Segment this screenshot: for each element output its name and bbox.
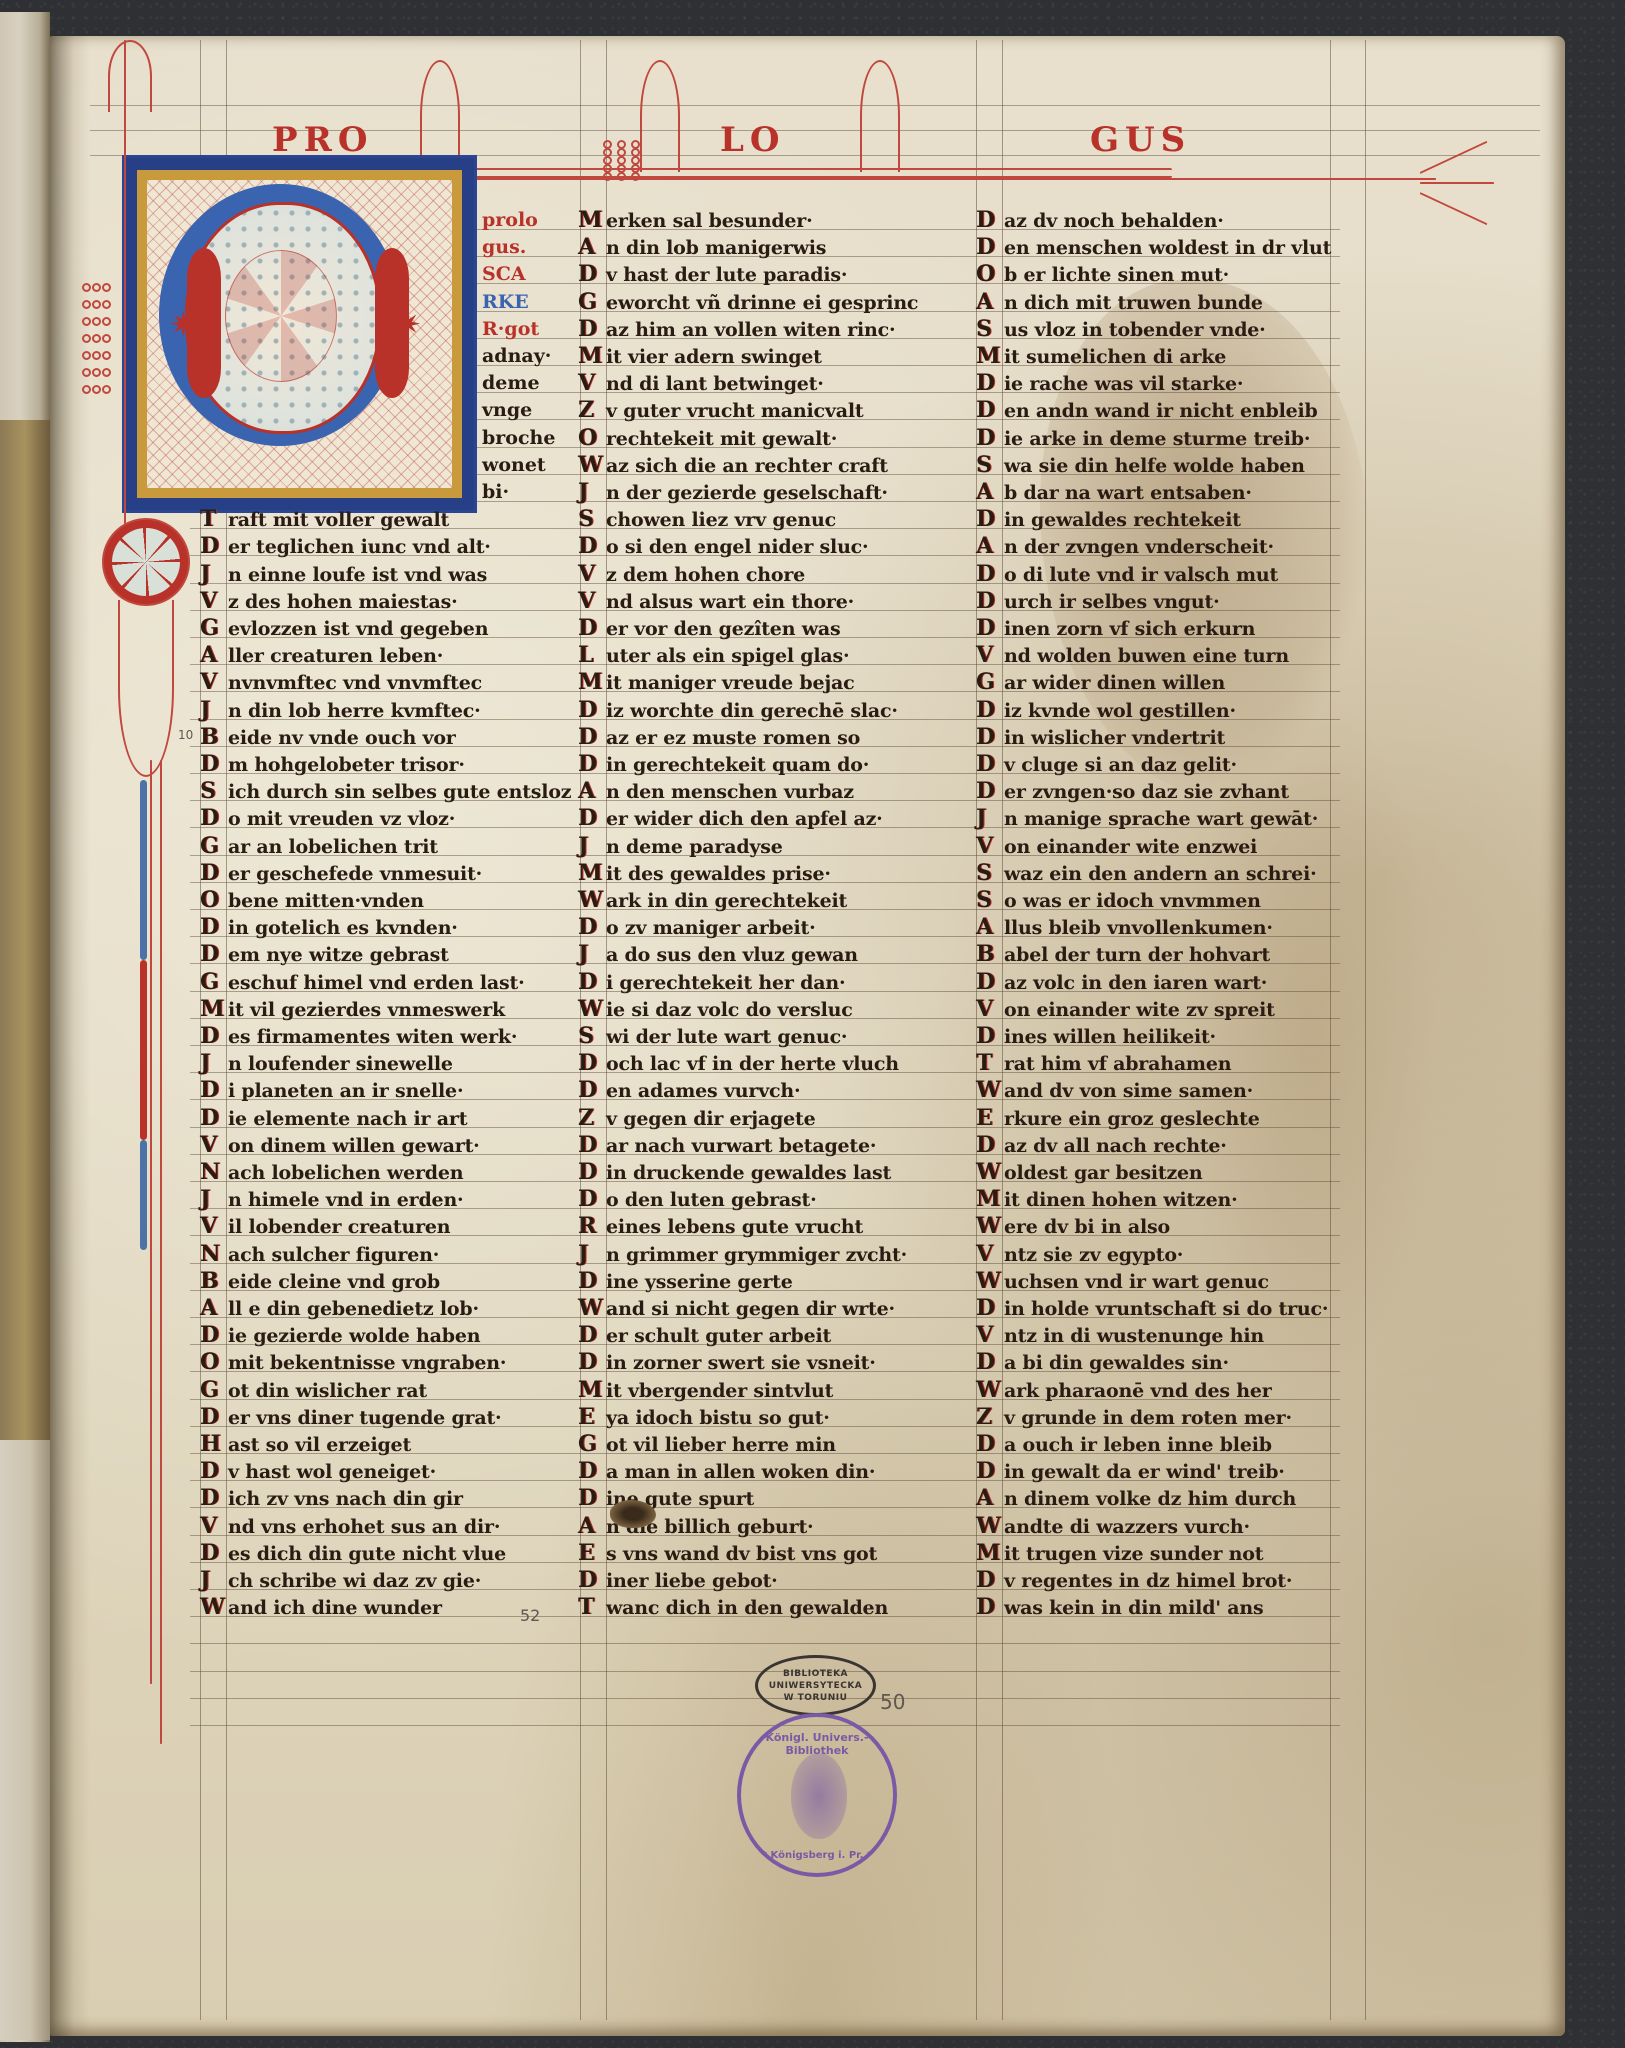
bead-ornament (82, 368, 91, 377)
verse-line: Omit bekentnisse vngraben· (200, 1349, 506, 1376)
verse-line: Din zorner swert sie vsneit· (578, 1349, 876, 1376)
verse-line: Gevlozzen ist vnd gegeben (200, 615, 488, 642)
verse-initial: D (976, 697, 998, 724)
verse-initial: J (200, 1050, 222, 1077)
verse-line: Woldest gar besitzen (976, 1159, 1203, 1186)
verse-text: o di lute vnd ir valsch mut (1004, 562, 1278, 589)
verse-line: Orechtekeit mit gewalt· (578, 425, 837, 452)
verse-line: Diner liebe gebot· (578, 1567, 778, 1594)
verse-line: Swi der lute wart genuc· (578, 1023, 847, 1050)
rubric-line: vnge (482, 397, 532, 424)
verse-text: uchsen vnd ir wart genuc (1004, 1269, 1269, 1296)
verse-line: Din gewaldes rechtekeit (976, 506, 1241, 533)
stamp-legend-bottom: * Königsberg i. Pr. * (741, 1850, 893, 1861)
verse-initial: D (976, 724, 998, 751)
bead-ornament (617, 172, 626, 181)
verse-text: ie arke in deme sturme treib· (1004, 426, 1310, 453)
verse-line: Da man in allen woken din· (578, 1458, 875, 1485)
verse-line: Diz worchte din gerechē slac· (578, 697, 898, 724)
verse-initial: V (200, 1513, 222, 1540)
verse-text: v gegen dir erjagete (606, 1106, 815, 1133)
verse-line: Vz des hohen maiestas· (200, 588, 458, 615)
verse-text: nd di lant betwinget· (606, 371, 824, 398)
verse-initial: D (976, 370, 998, 397)
star-icon: ✷ (169, 308, 198, 342)
verse-text: n den menschen vurbaz (606, 779, 854, 806)
verse-text: ach sulcher figuren· (228, 1242, 439, 1269)
verse-line: Swaz ein den andern an schrei· (976, 860, 1317, 887)
verse-line: Vil lobender creaturen (200, 1213, 450, 1240)
verse-initial: J (578, 479, 600, 506)
bead-ornament (82, 283, 91, 292)
verse-text: uter als ein spigel glas· (606, 643, 849, 670)
verse-line: Wand dv von sime samen· (976, 1077, 1253, 1104)
bead-ornament (631, 172, 640, 181)
verse-initial: V (976, 642, 998, 669)
verse-text: it vier adern swinget (606, 344, 822, 371)
verse-text: ya idoch bistu so gut· (606, 1405, 830, 1432)
verse-text: ch schribe wi daz zv gie· (228, 1568, 481, 1595)
verse-line: Jn deme paradyse (578, 833, 783, 860)
verse-text: evlozzen ist vnd gegeben (228, 616, 488, 643)
verse-line: Von einander wite zv spreit (976, 996, 1275, 1023)
verse-text: n der zvngen vnderscheit· (1004, 534, 1274, 561)
rubric-line: wonet (482, 452, 546, 479)
verse-text: nd wolden buwen eine turn (1004, 643, 1289, 670)
verse-initial: G (200, 833, 222, 860)
verse-line: Obene mitten·vnden (200, 887, 424, 914)
verse-text: eines lebens gute vrucht (606, 1214, 863, 1241)
verse-line: Reines lebens gute vrucht (578, 1213, 863, 1240)
verse-initial: D (200, 533, 222, 560)
verse-initial: W (578, 1295, 600, 1322)
verse-line: Da ouch ir leben inne bleib (976, 1431, 1272, 1458)
rubric-line: gus. (482, 234, 526, 261)
verse-initial: W (578, 996, 600, 1023)
initial-rosette (225, 250, 337, 382)
verse-text: a ouch ir leben inne bleib (1004, 1432, 1272, 1459)
verse-text: chowen liez vrv genuc (606, 507, 836, 534)
verse-initial: W (976, 1268, 998, 1295)
verse-text: in gerechtekeit quam do· (606, 752, 869, 779)
verse-initial: D (578, 1268, 600, 1295)
verse-line: Die gezierde wolde haben (200, 1322, 480, 1349)
verse-line: Din gotelich es kvnden· (200, 914, 458, 941)
verse-text: v regentes in dz himel brot· (1004, 1568, 1292, 1595)
verse-initial: A (976, 289, 998, 316)
verse-text: rechtekeit mit gewalt· (606, 426, 837, 453)
verse-text: n dinem volke dz him durch (1004, 1486, 1296, 1513)
verse-initial: G (578, 1431, 600, 1458)
verse-line: Dv cluge si an daz gelit· (976, 751, 1237, 778)
verse-line: Do mit vreuden vz vloz· (200, 805, 455, 832)
bead-ornament (102, 385, 111, 394)
bead-ornament (102, 351, 111, 360)
verse-initial: V (976, 1241, 998, 1268)
verse-line: Gar wider dinen willen (976, 669, 1225, 696)
verse-text: us vloz in tobender vnde· (1004, 317, 1266, 344)
verse-initial: J (200, 1186, 222, 1213)
verse-initial: R (578, 1213, 600, 1240)
verse-line: Dem nye witze gebrast (200, 941, 449, 968)
verse-line: Allus bleib vnvollenkumen· (976, 914, 1273, 941)
verse-initial: W (976, 1213, 998, 1240)
verse-text: och lac vf in der herte vluch (606, 1051, 899, 1078)
verse-text: b dar na wart entsaben· (1004, 480, 1252, 507)
verse-line: Wark pharaonē vnd des her (976, 1377, 1272, 1404)
verse-line: Vnd vns erhohet sus an dir· (200, 1513, 500, 1540)
verse-line: Wand si nicht gegen dir wrte· (578, 1295, 895, 1322)
verse-line: An der zvngen vnderscheit· (976, 533, 1274, 560)
verse-initial: T (578, 1594, 600, 1621)
verse-initial: S (976, 860, 998, 887)
bead-ornament (102, 334, 111, 343)
verse-initial: O (200, 887, 222, 914)
verse-text: abel der turn der hohvart (1004, 942, 1270, 969)
verse-text: ach lobelichen werden (228, 1160, 463, 1187)
verse-line: Din gewalt da er wind' treib· (976, 1458, 1285, 1485)
verse-initial: V (200, 669, 222, 696)
verse-line: Sich durch sin selbes gute entsloz (200, 778, 571, 805)
verse-text: o den luten gebrast· (606, 1187, 816, 1214)
verse-text: ast so vil erzeiget (228, 1432, 411, 1459)
verse-line: Dv regentes in dz himel brot· (976, 1567, 1292, 1594)
rubric-line: deme (482, 370, 540, 397)
verse-text: ar nach vurwart betagete· (606, 1133, 876, 1160)
verse-line: Sus vloz in tobender vnde· (976, 316, 1266, 343)
verse-text: wi der lute wart genuc· (606, 1024, 847, 1051)
verse-initial: A (976, 914, 998, 941)
verse-initial: J (200, 1567, 222, 1594)
verse-text: and dv von sime samen· (1004, 1078, 1253, 1105)
verse-initial: A (976, 533, 998, 560)
verse-initial: O (976, 261, 998, 288)
rubric-line: R·got (482, 316, 539, 343)
verse-text: on einander wite enzwei (1004, 834, 1257, 861)
flourish-spray (1420, 182, 1494, 184)
rubric-line: prolo (482, 207, 538, 234)
verse-text: er vns diner tugende grat· (228, 1405, 501, 1432)
verse-line: Vntz in di wustenunge hin (976, 1322, 1264, 1349)
heading-pro: PRO (272, 120, 373, 160)
verse-text: wa sie din helfe wolde haben (1004, 453, 1305, 480)
verse-line: Nach lobelichen werden (200, 1159, 463, 1186)
verse-text: m hohgelobeter trisor· (228, 752, 465, 779)
verse-text: ere dv bi in also (1004, 1214, 1170, 1241)
verse-text: es dich din gute nicht vlue (228, 1541, 506, 1568)
verse-initial: D (976, 1594, 998, 1621)
verse-line: Twanc dich in den gewalden (578, 1594, 888, 1621)
verse-line: Von dinem willen gewart· (200, 1132, 480, 1159)
verse-line: Vnd di lant betwinget· (578, 370, 824, 397)
verse-text: en menschen woldest in dr vlut (1004, 235, 1331, 262)
verse-line: Wuchsen vnd ir wart genuc (976, 1268, 1269, 1295)
bead-ornament (92, 385, 101, 394)
verse-line: Di planeten an ir snelle· (200, 1077, 463, 1104)
verse-text: nvnvmftec vnd vnvmftec (228, 670, 482, 697)
verse-initial: D (976, 1431, 998, 1458)
verse-line: Mit vier adern swinget (578, 343, 822, 370)
verse-line: Des dich din gute nicht vlue (200, 1540, 506, 1567)
verse-line: Dv hast der lute paradis· (578, 261, 847, 288)
verse-line: Aller creaturen leben· (200, 642, 443, 669)
bead-ornament (92, 334, 101, 343)
verse-line: Jn din lob herre kvmftec· (200, 697, 481, 724)
verse-initial: D (200, 941, 222, 968)
verse-line: Waz sich die an rechter craft (578, 452, 888, 479)
verse-initial: D (976, 1023, 998, 1050)
heading-gus: GUS (1090, 120, 1191, 160)
verse-text: rkure ein groz geslechte (1004, 1106, 1260, 1133)
verse-initial: V (200, 1213, 222, 1240)
verse-text: oldest gar besitzen (1004, 1160, 1203, 1187)
verse-line: Din gerechtekeit quam do· (578, 751, 869, 778)
border-stem-upper (124, 40, 126, 524)
verse-text: ller creaturen leben· (228, 643, 443, 670)
verse-initial: D (976, 969, 998, 996)
verse-text: iz worchte din gerechē slac· (606, 698, 898, 725)
verse-text: ie elemente nach ir art (228, 1106, 467, 1133)
verse-text: az er ez muste romen so (606, 725, 860, 752)
verse-text: az dv all nach rechte· (1004, 1133, 1227, 1160)
verse-initial: A (976, 479, 998, 506)
top-border-vine (472, 168, 1172, 178)
verse-line: Mit vbergender sintvlut (578, 1377, 833, 1404)
verse-line: Der geschefede vnmesuit· (200, 860, 482, 887)
verse-line: Der vns diner tugende grat· (200, 1404, 501, 1431)
pencil-margin-number: 10 (178, 728, 193, 742)
bead-ornament (82, 385, 91, 394)
verse-line: Ab dar na wart entsaben· (976, 479, 1252, 506)
verse-text: ines willen heilikeit· (1004, 1024, 1216, 1051)
border-rosette (102, 518, 190, 606)
verse-initial: D (578, 969, 600, 996)
verse-line: Die elemente nach ir art (200, 1105, 467, 1132)
verse-text: es firmamentes witen werk· (228, 1024, 517, 1051)
verse-text: was kein in din mild' ans (1004, 1595, 1264, 1622)
bead-ornament (102, 368, 111, 377)
rubric-line: RKE (482, 289, 529, 316)
verse-text: er schult guter arbeit (606, 1323, 831, 1350)
bead-ornament (82, 317, 91, 326)
bead-ornament (92, 368, 101, 377)
verse-line: Daz dv noch behalden· (976, 207, 1224, 234)
verse-initial: V (200, 588, 222, 615)
verse-initial: M (578, 860, 600, 887)
verse-line: Der vor den gezîten was (578, 615, 841, 642)
verse-initial: E (578, 1540, 600, 1567)
verse-line: Dine ysserine gerte (578, 1268, 793, 1295)
bead-ornament (92, 317, 101, 326)
verse-text: o si den engel nider sluc· (606, 534, 868, 561)
verse-initial: D (976, 234, 998, 261)
verse-initial: D (578, 1349, 600, 1376)
border-bar-red (140, 960, 147, 1140)
verse-text: er teglichen iunc vnd alt· (228, 534, 491, 561)
border-bar-blue (140, 780, 147, 960)
verse-initial: G (578, 289, 600, 316)
verse-text: o zv maniger arbeit· (606, 915, 815, 942)
verse-initial: G (200, 1377, 222, 1404)
verse-line: Vz dem hohen chore (578, 561, 805, 588)
ruling-line (190, 1643, 1340, 1644)
verse-initial: D (976, 1295, 998, 1322)
verse-text: eide nv vnde ouch vor (228, 725, 456, 752)
verse-text: in holde vruntschaft si do truc· (1004, 1296, 1328, 1323)
verse-initial: N (200, 1159, 222, 1186)
binding-flyleaf (0, 1440, 50, 2040)
verse-initial: D (200, 1540, 222, 1567)
verse-initial: W (976, 1159, 998, 1186)
verse-text: v hast wol geneiget· (228, 1459, 436, 1486)
verse-line: Do di lute vnd ir valsch mut (976, 561, 1278, 588)
verse-line: Dv hast wol geneiget· (200, 1458, 436, 1485)
rubric-line: SCA (482, 261, 526, 288)
verse-line: Vnd alsus wart ein thore· (578, 588, 854, 615)
verse-text: wanc dich in den gewalden (606, 1595, 888, 1622)
verse-text: in wislicher vndertrit (1004, 725, 1225, 752)
verse-text: b er lichte sinen mut· (1004, 262, 1229, 289)
border-stem (150, 760, 152, 1684)
verse-text: it maniger vreude bejac (606, 670, 855, 697)
verse-text: er zvngen·so daz sie zvhant (1004, 779, 1289, 806)
verse-line: Wie si daz volc do versluc (578, 996, 853, 1023)
verse-line: Die arke in deme sturme treib· (976, 425, 1310, 452)
verse-initial: D (976, 751, 998, 778)
verse-text: on einander wite zv spreit (1004, 997, 1275, 1024)
verse-text: it dinen hohen witzen· (1004, 1187, 1238, 1214)
verse-line: Jn himele vnd in erden· (200, 1186, 463, 1213)
border-pendant (118, 600, 174, 777)
verse-line: Daz dv all nach rechte· (976, 1132, 1227, 1159)
verse-initial: D (578, 1322, 600, 1349)
verse-initial: M (976, 1186, 998, 1213)
verse-initial: D (578, 914, 600, 941)
verse-initial: D (200, 751, 222, 778)
verse-text: n dich mit truwen bunde (1004, 290, 1263, 317)
verse-initial: M (200, 996, 222, 1023)
verse-initial: J (578, 941, 600, 968)
verse-text: n einne loufe ist vnd was (228, 562, 487, 589)
verse-line: An dich mit truwen bunde (976, 289, 1263, 316)
stamp-line: W TORUNIU (758, 1692, 873, 1704)
verse-line: Mit sumelichen di arke (976, 343, 1226, 370)
verse-initial: D (578, 1186, 600, 1213)
verse-text: in gotelich es kvnden· (228, 915, 458, 942)
eagle-icon (791, 1753, 847, 1839)
verse-line: Dines willen heilikeit· (976, 1023, 1216, 1050)
verse-line: Diz kvnde wol gestillen· (976, 697, 1236, 724)
verse-text: az him an vollen witen rinc· (606, 317, 895, 344)
verse-line: Dinen zorn vf sich erkurn (976, 615, 1255, 642)
verse-initial: J (578, 1241, 600, 1268)
verse-line: Jn der gezierde geselschaft· (578, 479, 888, 506)
verse-text: urch ir selbes vngut· (1004, 589, 1220, 616)
verse-text: ntz sie zv egypto· (1004, 1242, 1183, 1269)
verse-line: Geschuf himel vnd erden last· (200, 969, 525, 996)
verse-text: llus bleib vnvollenkumen· (1004, 915, 1273, 942)
verse-initial: D (578, 751, 600, 778)
verse-initial: D (578, 805, 600, 832)
verse-text: n din lob herre kvmftec· (228, 698, 481, 725)
verse-text: it trugen vize sunder not (1004, 1541, 1263, 1568)
ruling-line-vertical (1365, 40, 1366, 2020)
verse-text: en adames vurvch· (606, 1078, 800, 1105)
verse-initial: H (200, 1431, 222, 1458)
verse-text: it sumelichen di arke (1004, 344, 1226, 371)
verse-initial: S (976, 452, 998, 479)
verse-initial: T (200, 506, 222, 533)
rubric-line: adnay· (482, 343, 551, 370)
verse-line: Do zv maniger arbeit· (578, 914, 815, 941)
verse-initial: D (578, 615, 600, 642)
verse-line: Luter als ein spigel glas· (578, 642, 849, 669)
verse-text: v hast der lute paradis· (606, 262, 847, 289)
verse-initial: D (976, 778, 998, 805)
verse-text: n deme paradyse (606, 834, 783, 861)
verse-text: ark in din gerechtekeit (606, 888, 847, 915)
border-stem (160, 760, 162, 1744)
verse-initial: G (200, 615, 222, 642)
verse-text: ark pharaonē vnd des her (1004, 1378, 1272, 1405)
verse-text: il lobender creaturen (228, 1214, 450, 1241)
ruling-line-vertical (1330, 40, 1331, 2020)
verse-line: Do den luten gebrast· (578, 1186, 816, 1213)
verse-line: An din lob manigerwis (578, 234, 826, 261)
verse-line: Dwas kein in din mild' ans (976, 1594, 1264, 1621)
verse-line: Swa sie din helfe wolde haben (976, 452, 1305, 479)
verse-initial: D (200, 1023, 222, 1050)
bead-ornament (82, 300, 91, 309)
verse-text: er vor den gezîten was (606, 616, 841, 643)
verse-initial: V (200, 1132, 222, 1159)
verse-initial: V (578, 561, 600, 588)
verse-initial: J (200, 561, 222, 588)
verse-initial: E (976, 1105, 998, 1132)
verse-line: Di gerechtekeit her dan· (578, 969, 845, 996)
verse-text: in gewaldes rechtekeit (1004, 507, 1241, 534)
verse-line: An dinem volke dz him durch (976, 1485, 1296, 1512)
verse-text: ar wider dinen willen (1004, 670, 1225, 697)
flourish-curl (860, 60, 900, 172)
verse-line: Hast so vil erzeiget (200, 1431, 411, 1458)
verse-line: Dine gute spurt (578, 1485, 754, 1512)
verse-line: Doch lac vf in der herte vluch (578, 1050, 899, 1077)
verse-text: eworcht vñ drinne ei gesprinc (606, 290, 918, 317)
verse-line: Mit dinen hohen witzen· (976, 1186, 1238, 1213)
verse-initial: Z (578, 1105, 600, 1132)
verse-line: Es vns wand dv bist vns got (578, 1540, 877, 1567)
verse-initial: G (200, 969, 222, 996)
verse-line: Den andn wand ir nicht enbleib (976, 397, 1318, 424)
verse-text: erken sal besunder· (606, 208, 813, 235)
verse-line: Do si den engel nider sluc· (578, 533, 868, 560)
verse-line: Merken sal besunder· (578, 207, 813, 234)
verse-line: Zv guter vrucht manicvalt (578, 397, 863, 424)
verse-initial: D (578, 1485, 600, 1512)
verse-line: Dm hohgelobeter trisor· (200, 751, 465, 778)
stamp-line: UNIWERSYTECKA (758, 1680, 873, 1692)
verse-initial: D (578, 533, 600, 560)
verse-text: in gewalt da er wind' treib· (1004, 1459, 1285, 1486)
verse-initial: S (976, 316, 998, 343)
verse-text: ll e din gebenedietz lob· (228, 1296, 479, 1323)
verse-text: ot din wislicher rat (228, 1378, 427, 1405)
verse-line: Mit vil gezierdes vnmeswerk (200, 996, 505, 1023)
verse-initial: M (578, 343, 600, 370)
pencil-line-count: 52 (520, 1606, 540, 1625)
bead-ornament (92, 300, 101, 309)
